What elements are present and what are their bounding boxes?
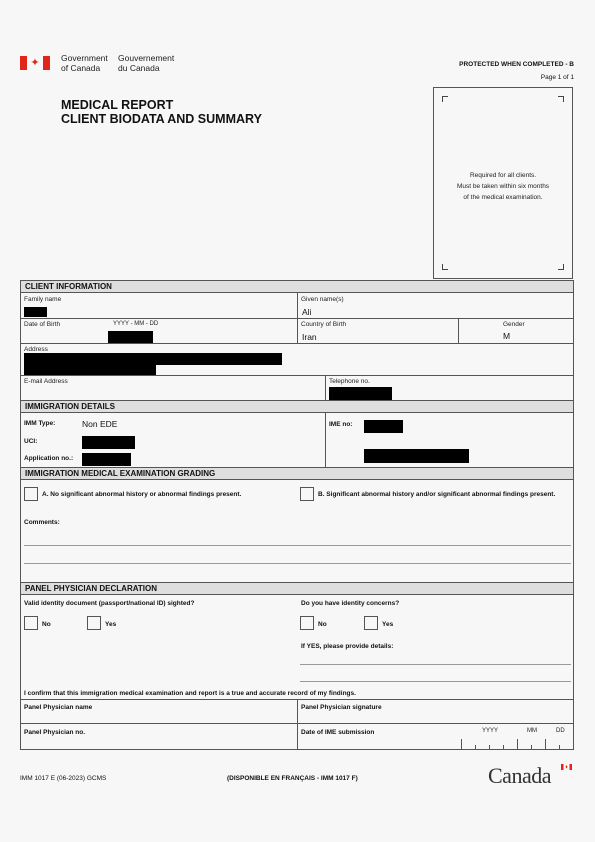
identity-concerns-no-checkbox[interactable] <box>300 616 314 630</box>
family-name-field[interactable] <box>24 307 47 317</box>
country-of-birth-label: Country of Birth <box>301 321 346 328</box>
physician-name-label: Panel Physician name <box>24 704 92 711</box>
divider <box>20 318 574 319</box>
canada-wordmark-flag-icon <box>561 764 572 770</box>
id-sighted-yes-label: Yes <box>105 621 116 628</box>
uci-label: UCI: <box>24 438 37 445</box>
canada-wordmark: Canada <box>488 763 551 789</box>
gov-en-line2: of Canada <box>61 64 108 74</box>
photo-box[interactable]: Required for all clients. Must be taken … <box>433 87 573 279</box>
canada-flag-icon: ✦ <box>20 56 50 70</box>
divider <box>20 723 574 724</box>
imm-type-label: IMM Type: <box>24 420 55 427</box>
family-name-label: Family name <box>24 296 61 303</box>
submission-date-label: Date of IME submission <box>301 729 374 736</box>
gov-signature-fr: Gouvernement du Canada <box>118 54 174 73</box>
confirm-statement: I confirm that this immigration medical … <box>24 690 356 697</box>
identity-concerns-yes-label: Yes <box>382 621 393 628</box>
divider <box>458 318 459 343</box>
french-availability-note: (DISPONIBLE EN FRANÇAIS - IMM 1017 F) <box>227 775 358 782</box>
details-line-2[interactable] <box>300 681 571 682</box>
grading-option-a-checkbox[interactable] <box>24 487 38 501</box>
photo-note-line: of the medical examination. <box>434 192 572 203</box>
given-names-field[interactable]: Ali <box>302 307 311 317</box>
corner-mark-icon <box>558 264 564 270</box>
id-sighted-no-label: No <box>42 621 51 628</box>
section-immigration-details: IMMIGRATION DETAILS <box>20 400 574 413</box>
telephone-field[interactable] <box>329 387 392 400</box>
gov-signature-en: Government of Canada <box>61 54 108 73</box>
section-grading: IMMIGRATION MEDICAL EXAMINATION GRADING <box>20 467 574 480</box>
identity-concerns-no-label: No <box>318 621 327 628</box>
photo-note-line: Required for all clients. <box>434 170 572 181</box>
grading-option-a-label: A. No significant abnormal history or ab… <box>42 491 241 498</box>
application-no-label: Application no.: <box>24 455 73 462</box>
id-sighted-question: Valid identity document (passport/nation… <box>24 600 194 607</box>
dob-field[interactable] <box>108 331 153 343</box>
title-line2: CLIENT BIODATA AND SUMMARY <box>61 112 262 126</box>
identity-concerns-question: Do you have identity concerns? <box>301 600 399 607</box>
email-label: E-mail Address <box>24 378 68 385</box>
physician-no-label: Panel Physician no. <box>24 729 85 736</box>
corner-mark-icon <box>442 264 448 270</box>
address-field[interactable] <box>24 353 282 365</box>
dd-label: DD <box>556 728 565 734</box>
form-code: IMM 1017 E (06-2023) GCMS <box>20 775 106 782</box>
page-title: MEDICAL REPORT CLIENT BIODATA AND SUMMAR… <box>61 98 262 126</box>
if-yes-label: If YES, please provide details: <box>301 643 393 650</box>
comments-line-2[interactable] <box>24 563 571 564</box>
country-of-birth-field[interactable]: Iran <box>302 332 317 342</box>
grading-option-b-label: B. Significant abnormal history and/or s… <box>318 491 555 498</box>
corner-mark-icon <box>558 96 564 102</box>
gender-field[interactable]: M <box>503 331 510 341</box>
yyyy-label: YYYY <box>482 728 498 734</box>
comments-label: Comments: <box>24 519 60 526</box>
gender-label: Gender <box>503 321 525 328</box>
physician-signature-label: Panel Physician signature <box>301 704 382 711</box>
dob-label: Date of Birth <box>24 321 60 328</box>
imm-type-field[interactable]: Non EDE <box>82 419 117 429</box>
divider <box>20 375 574 376</box>
form-frame <box>20 280 574 750</box>
divider <box>297 699 298 750</box>
telephone-label: Telephone no. <box>329 378 370 385</box>
mm-label: MM <box>527 728 537 734</box>
protected-label: PROTECTED WHEN COMPLETED - B <box>459 61 574 68</box>
section-declaration: PANEL PHYSICIAN DECLARATION <box>20 582 574 595</box>
grading-option-b-checkbox[interactable] <box>300 487 314 501</box>
id-sighted-no-checkbox[interactable] <box>24 616 38 630</box>
application-no-field[interactable] <box>82 453 131 466</box>
comments-line-1[interactable] <box>24 545 571 546</box>
gov-fr-line2: du Canada <box>118 64 174 74</box>
id-sighted-yes-checkbox[interactable] <box>87 616 101 630</box>
corner-mark-icon <box>442 96 448 102</box>
details-line-1[interactable] <box>300 664 571 665</box>
page-number: Page 1 of 1 <box>541 74 574 81</box>
address-label: Address <box>24 346 48 353</box>
divider <box>325 413 326 467</box>
photo-note: Required for all clients. Must be taken … <box>434 170 572 203</box>
divider <box>325 375 326 400</box>
photo-note-line: Must be taken within six months <box>434 181 572 192</box>
uci-field[interactable] <box>82 436 135 449</box>
title-line1: MEDICAL REPORT <box>61 98 262 112</box>
ime-no-label: IME no: <box>329 421 352 428</box>
dob-format-hint: YYYY - MM - DD <box>113 321 158 327</box>
identity-concerns-yes-checkbox[interactable] <box>364 616 378 630</box>
section-client-information: CLIENT INFORMATION <box>20 280 574 293</box>
ime-no-field[interactable] <box>364 420 403 433</box>
given-names-label: Given name(s) <box>301 296 344 303</box>
ime-barcode-field[interactable] <box>364 449 469 463</box>
divider <box>20 343 574 344</box>
